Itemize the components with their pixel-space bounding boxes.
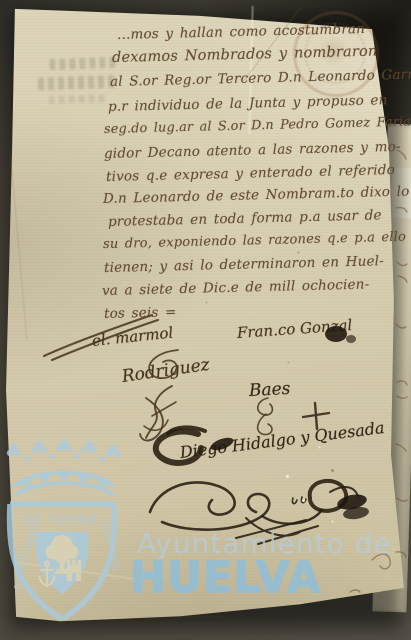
paper-pinholes (0, 0, 1, 1)
manuscript-line: tos seis = (104, 304, 177, 322)
signature-baes: Baes (248, 379, 290, 401)
bleedthrough-row (49, 57, 115, 70)
bleedthrough-row (48, 94, 104, 104)
bleedthrough-row (38, 75, 118, 91)
scanned-manuscript-page: ...mos y hallan como acostumbran dexamos… (0, 0, 411, 640)
